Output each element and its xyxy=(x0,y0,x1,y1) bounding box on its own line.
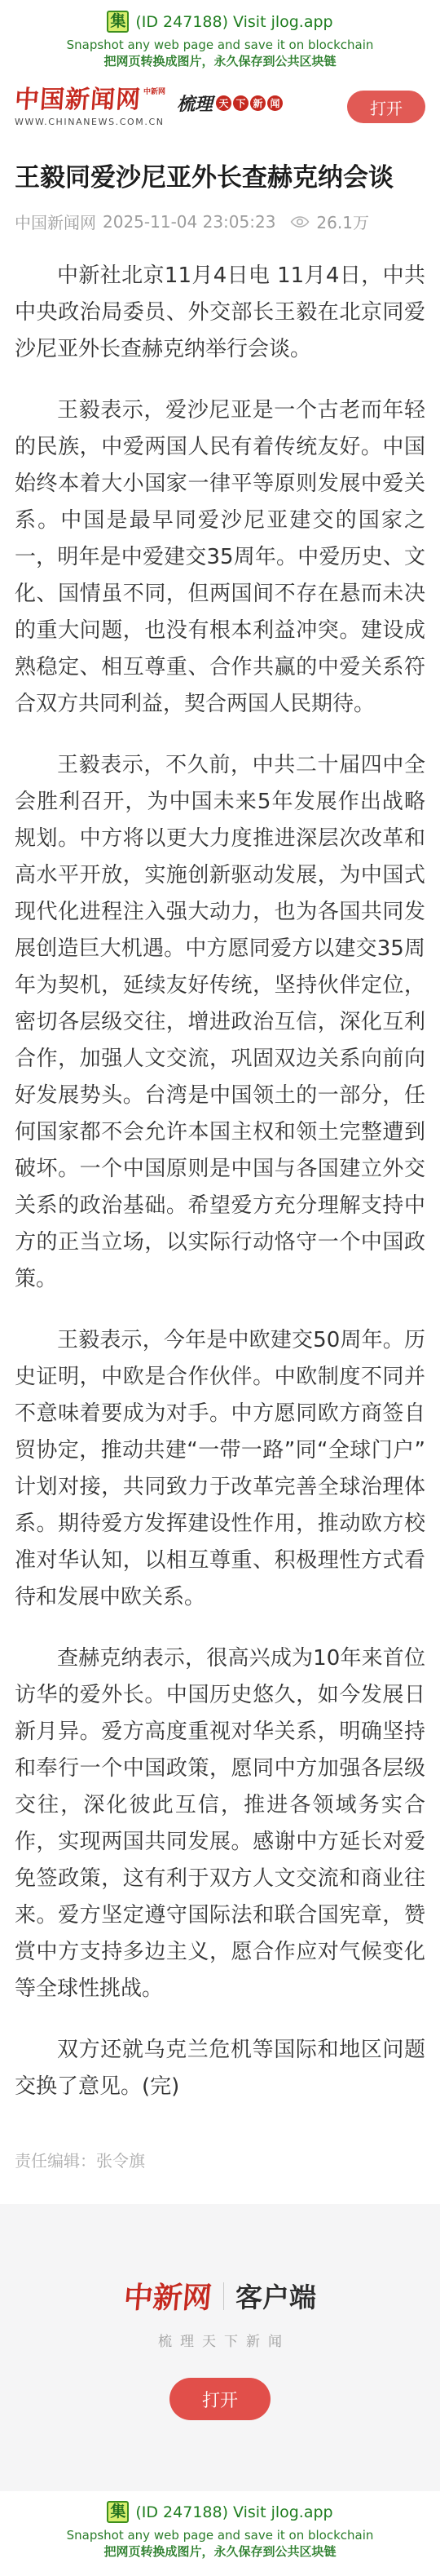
jlog-banner-bottom: 集 (ID 247188) Visit jlog.app Snapshot an… xyxy=(0,2491,440,2576)
jlog-banner-top: 集 (ID 247188) Visit jlog.app Snapshot an… xyxy=(0,0,440,74)
slogan-circle-char: 下 xyxy=(233,95,249,111)
site-header: 中国新闻网 中新网 WWW.CHINANEWS.COM.CN 梳理 天下新闻 打… xyxy=(0,74,440,137)
open-app-button-footer[interactable]: 打开 xyxy=(169,2378,271,2420)
chinanews-logo-text: 中国新闻网 xyxy=(14,87,142,113)
article-source: 中国新闻网 xyxy=(15,210,96,233)
jlog-banner-link-text: (ID 247188) Visit jlog.app xyxy=(135,2503,332,2521)
chinanews-url: WWW.CHINANEWS.COM.CN xyxy=(15,117,165,127)
slogan-circle-char: 新 xyxy=(250,95,266,111)
slogan-circle-badges: 天下新闻 xyxy=(216,95,283,111)
article-paragraph: 查赫克纳表示，很高兴成为10年来首位访华的爱外长。中国历史悠久，如今发展日新月异… xyxy=(15,1640,425,2007)
chinanews-logo-seal: 中新网 xyxy=(143,87,165,96)
article-paragraph: 双方还就乌克兰危机等国际和地区问题交换了意见。(完) xyxy=(15,2032,425,2105)
slogan-circle-char: 闻 xyxy=(267,95,283,111)
footer-logo-client-label: 客户端 xyxy=(235,2277,316,2315)
article-title: 王毅同爱沙尼亚外长查赫克纳会谈 xyxy=(15,162,425,196)
jlog-banner-headline[interactable]: 集 (ID 247188) Visit jlog.app xyxy=(107,11,332,33)
article-meta: 中国新闻网 2025-11-04 23:05:23 26.1万 xyxy=(15,210,425,233)
jlog-banner-subtitle-zh: 把网页转换成图片，永久保存到公共区块链 xyxy=(0,53,440,69)
article-body: 中新社北京11月4日电 11月4日，中共中央政治局委员、外交部长王毅在北京同爱沙… xyxy=(15,258,425,2105)
footer-logo: 中新网 客户端 xyxy=(124,2275,316,2317)
jlog-logo-icon: 集 xyxy=(107,11,129,33)
jlog-banner-link-text: (ID 247188) Visit jlog.app xyxy=(135,13,332,31)
article-paragraph: 王毅表示，爱沙尼亚是一个古老而年轻的民族，中爱两国人民有着传统友好。中国始终本着… xyxy=(15,392,425,723)
chinanews-brand[interactable]: 中国新闻网 中新网 WWW.CHINANEWS.COM.CN 梳理 天下新闻 xyxy=(15,87,283,127)
slogan-circle-char: 天 xyxy=(216,95,231,111)
slogan-prefix-text: 梳理 xyxy=(177,91,213,116)
article-datetime: 2025-11-04 23:05:23 xyxy=(103,212,275,232)
jlog-banner-subtitle-en: Snapshot any web page and save it on blo… xyxy=(0,2528,440,2543)
footer-slogan: 梳理天下新闻 xyxy=(150,2330,290,2350)
open-app-button-header[interactable]: 打开 xyxy=(347,91,425,123)
article-paragraph: 王毅表示，不久前，中共二十届四中全会胜利召开，为中国未来5年发展作出战略规划。中… xyxy=(15,747,425,1298)
article: 王毅同爱沙尼亚外长查赫克纳会谈 中国新闻网 2025-11-04 23:05:2… xyxy=(0,162,440,2172)
article-paragraph: 王毅表示，今年是中欧建交50周年。历史证明，中欧是合作伙伴。中欧制度不同并不意味… xyxy=(15,1322,425,1616)
editor-note: 责任编辑：张令旗 xyxy=(15,2148,425,2171)
jlog-banner-subtitle-en: Snapshot any web page and save it on blo… xyxy=(0,38,440,53)
footer-logo-divider xyxy=(223,2282,224,2310)
article-view-count: 26.1万 xyxy=(316,210,369,233)
article-paragraph: 中新社北京11月4日电 11月4日，中共中央政治局委员、外交部长王毅在北京同爱沙… xyxy=(15,258,425,368)
jlog-logo-icon: 集 xyxy=(107,2501,129,2523)
jlog-banner-subtitle-zh: 把网页转换成图片，永久保存到公共区块链 xyxy=(0,2543,440,2560)
app-footer: 中新网 客户端 梳理天下新闻 打开 xyxy=(0,2204,440,2491)
jlog-banner-headline[interactable]: 集 (ID 247188) Visit jlog.app xyxy=(107,2501,332,2523)
chinanews-logo: 中国新闻网 中新网 WWW.CHINANEWS.COM.CN xyxy=(15,87,165,127)
brand-slogan: 梳理 天下新闻 xyxy=(177,91,283,127)
views-eye-icon xyxy=(290,215,310,229)
footer-logo-brand: 中新网 xyxy=(122,2275,213,2317)
